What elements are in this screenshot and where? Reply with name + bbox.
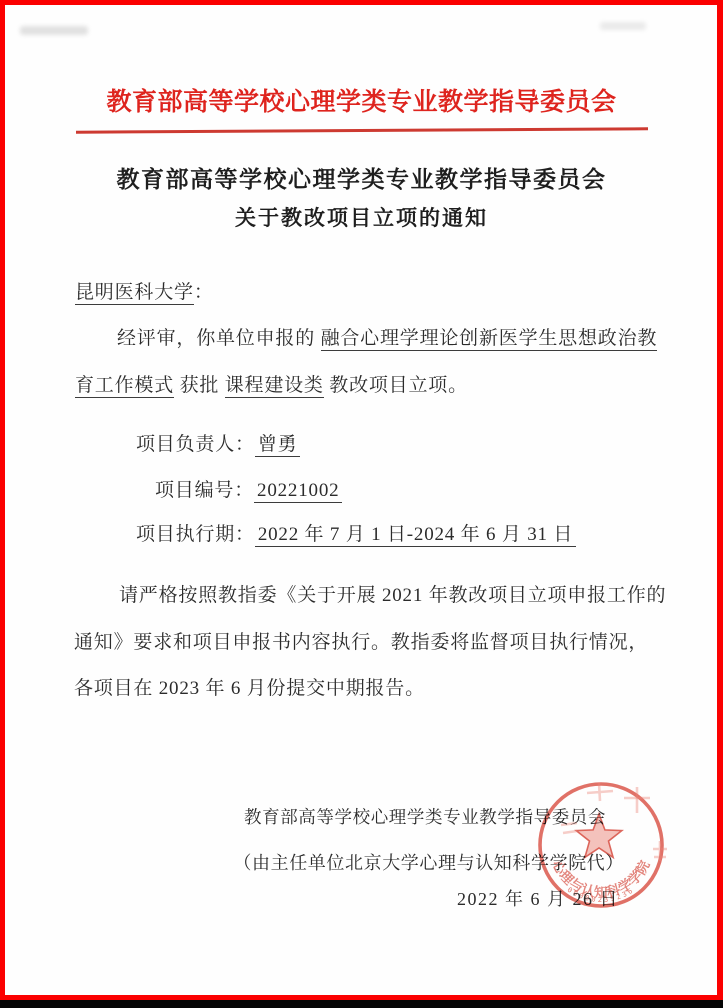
instructions-line2: 通知》要求和项目申报书内容执行。教指委将监督项目执行情况，	[74, 627, 648, 654]
seal-star	[576, 814, 622, 857]
project-title-part2: 育工作模式	[75, 375, 174, 398]
field-project-period: 项目执行期：2022 年 7 月 1 日-2024 年 6 月 31 日	[136, 519, 576, 546]
instructions-line1: 请严格按照教指委《关于开展 2021 年教改项目立项申报工作的	[119, 580, 666, 607]
official-seal: 心理与认知科学学院 00000239236	[525, 769, 677, 921]
letterhead-org: 教育部高等学校心理学类专业教学指导委员会	[0, 82, 723, 118]
recipient-line: 昆明医科大学：	[75, 277, 214, 304]
project-period-label: 项目执行期：	[136, 524, 255, 545]
project-number-label: 项目编号：	[155, 480, 254, 501]
project-category: 课程建设类	[225, 375, 324, 398]
approval-tail: 教改项目立项。	[324, 375, 468, 396]
seal-faint-marks	[561, 783, 667, 861]
scan-smudge	[600, 22, 646, 30]
project-leader-label: 项目负责人：	[136, 434, 255, 455]
letterhead-rule	[76, 127, 648, 133]
approval-paragraph-line2: 育工作模式 获批 课程建设类 教改项目立项。	[75, 370, 468, 397]
approval-paragraph-line1: 经评审，你单位申报的 融合心理学理论创新医学生思想政治教	[117, 323, 657, 350]
scan-smudge	[20, 26, 88, 35]
project-title-part1: 融合心理学理论创新医学生思想政治教	[321, 328, 658, 351]
scan-edge-strip	[0, 1000, 723, 1008]
project-number-value: 20221002	[254, 480, 342, 503]
approval-mid: 获批	[174, 375, 225, 396]
instructions-line3: 各项目在 2023 年 6 月份提交中期报告。	[74, 673, 425, 700]
paper-sheet: 教育部高等学校心理学类专业教学指导委员会 教育部高等学校心理学类专业教学指导委员…	[0, 0, 723, 1000]
notice-title-line1: 教育部高等学校心理学类专业教学指导委员会	[0, 161, 723, 194]
scanned-notice-document: 教育部高等学校心理学类专业教学指导委员会 教育部高等学校心理学类专业教学指导委员…	[0, 0, 723, 1008]
field-project-number: 项目编号：20221002	[155, 475, 342, 502]
project-period-value: 2022 年 7 月 1 日-2024 年 6 月 31 日	[255, 524, 576, 547]
field-project-leader: 项目负责人：曾勇	[136, 429, 300, 456]
recipient-colon: ：	[194, 282, 214, 303]
notice-title-line2: 关于教改项目立项的通知	[0, 202, 723, 232]
approval-lead-in: 经评审，你单位申报的	[117, 328, 321, 349]
project-leader-value: 曾勇	[255, 434, 301, 457]
recipient-name: 昆明医科大学	[75, 282, 194, 305]
